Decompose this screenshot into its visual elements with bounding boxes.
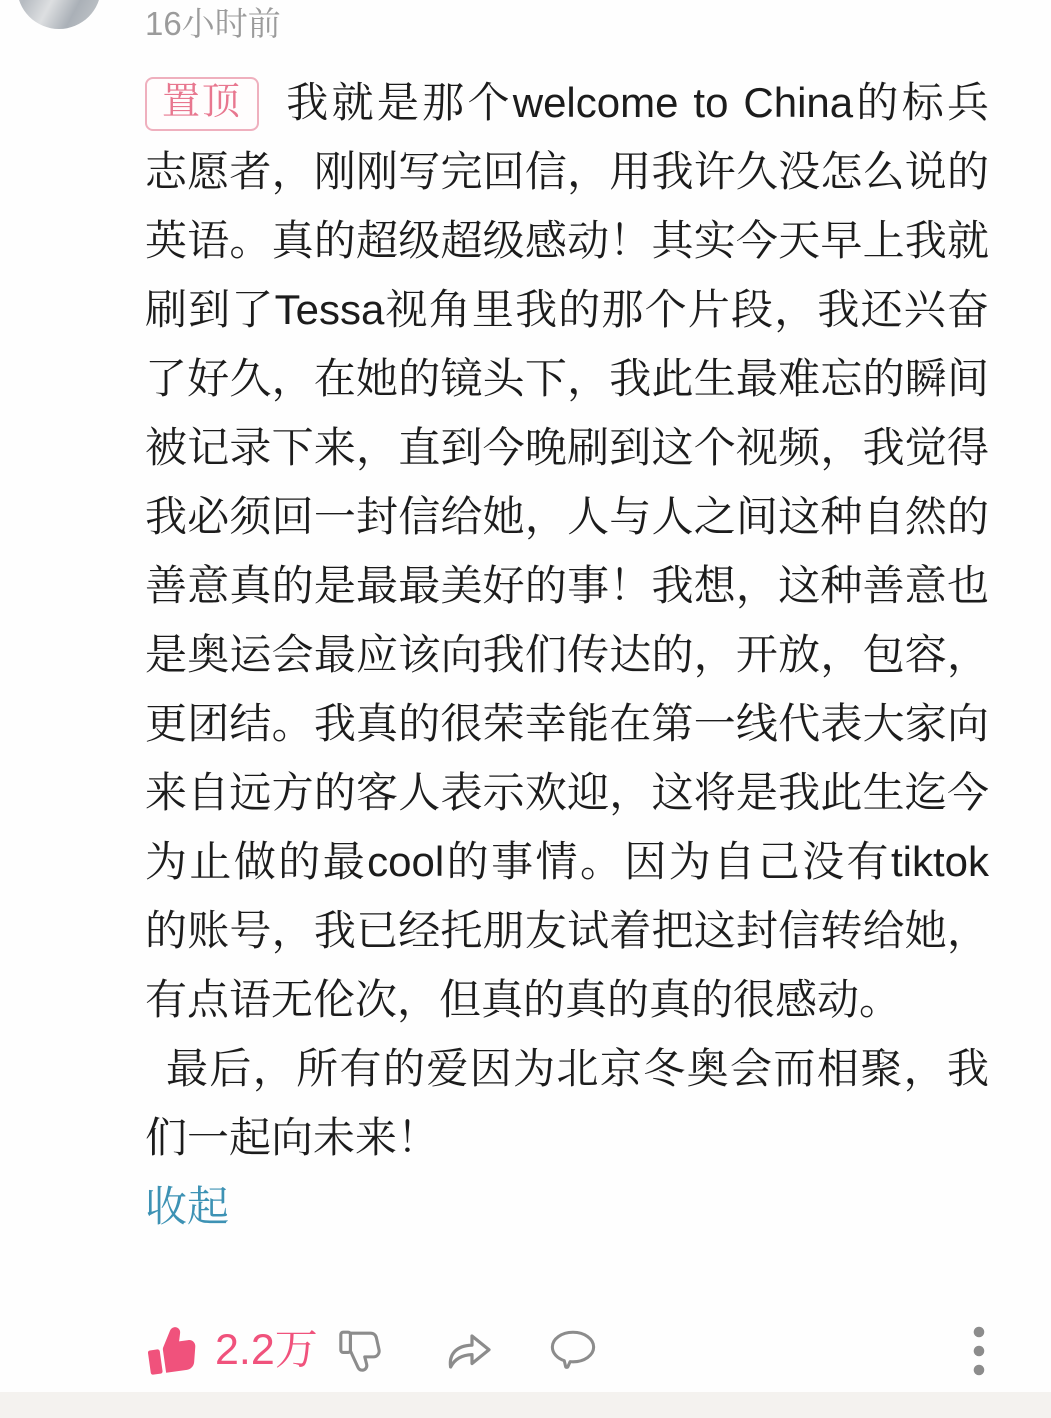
- comment-body: 置顶我就是那个welcome to China的标兵志愿者，刚刚写完回信，用我许…: [145, 68, 989, 1241]
- avatar[interactable]: [17, 0, 101, 29]
- thumbs-down-icon[interactable]: [336, 1324, 390, 1378]
- comment-text: 我就是那个welcome to China的标兵志愿者，刚刚写完回信，用我许久没…: [145, 79, 989, 1023]
- collapse-link[interactable]: 收起: [145, 1172, 229, 1241]
- like-button[interactable]: 2.2万: [143, 1322, 318, 1378]
- comment-paragraph-2: 最后，所有的爱因为北京冬奥会而相聚，我们一起向未来！: [145, 1034, 989, 1172]
- like-count: 2.2万: [215, 1322, 318, 1378]
- comment-action-bar: 2.2万: [0, 1318, 1051, 1390]
- comment-timestamp: 16小时前: [145, 4, 281, 44]
- section-divider: [0, 1392, 1051, 1418]
- more-options-icon[interactable]: [972, 1320, 986, 1380]
- comment-detail-screen: 16小时前 置顶我就是那个welcome to China的标兵志愿者，刚刚写完…: [0, 0, 1051, 1418]
- thumbs-up-icon: [139, 1318, 202, 1381]
- share-icon[interactable]: [442, 1326, 498, 1378]
- comment-bubble-icon[interactable]: [546, 1326, 600, 1374]
- pinned-badge: 置顶: [145, 77, 259, 131]
- comment-paragraph-1: 置顶我就是那个welcome to China的标兵志愿者，刚刚写完回信，用我许…: [145, 68, 989, 1034]
